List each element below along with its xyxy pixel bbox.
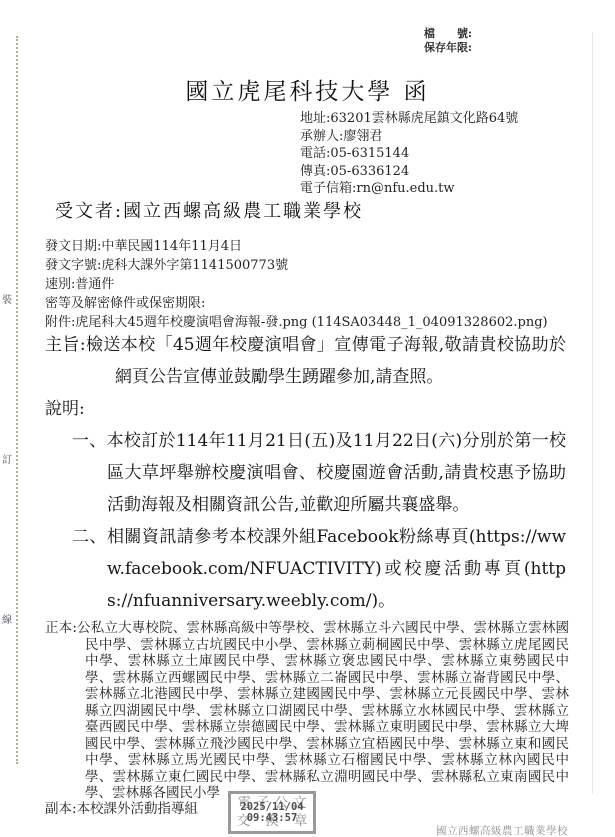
explanation-item-2: 二、相關資訊請參考本校課外組Facebook粉絲專頁(https://www.f… [72,521,566,617]
copy-label: 副本: [45,801,77,817]
issue-date-line: 發文日期:中華民國114年11月4日 [45,237,597,256]
document-body: 主旨:檢送本校「45週年校慶演唱會」宣傳電子海報,敬請貴校協助於網頁公告宣傳並鼓… [45,329,566,617]
sender-info-block: 地址:63201雲林縣虎尾鎮文化路64號 承辦人:廖翎君 電話:05-63151… [300,110,518,198]
issue-number-line: 發文字號:虎科大課外字第1141500773號 [45,256,597,275]
document-title: 國立虎尾科技大學 函 [0,73,615,106]
subject-paragraph: 主旨:檢送本校「45週年校慶演唱會」宣傳電子海報,敬請貴校協助於網頁公告宣傳並鼓… [45,329,566,393]
explanation-label: 說明: [45,393,566,425]
item-2-text: 相關資訊請參考本校課外組Facebook粉絲專頁(https://www.fac… [107,527,566,611]
subject-label: 主旨: [45,335,86,355]
electronic-exchange-stamp: 電子公文 交換章 2025/11/04 09:43:57 [228,791,316,834]
recipient-line: 受文者:國立西螺高級農工職業學校 [55,197,363,223]
document-meta-block: 發文日期:中華民國114年11月4日 發文字號:虎科大課外字第114150077… [45,237,597,332]
sender-contact-person: 承辦人:廖翎君 [300,128,518,146]
speed-class-line: 速別:普通件 [45,275,597,294]
item-2-number: 二、 [72,527,107,547]
original-copies-block: 正本:公私立大專校院、雲林縣高級中等學校、雲林縣立斗六國民中學、雲林縣立雲林國民… [45,620,569,802]
item-1-number: 一、 [72,431,107,451]
sender-phone: 電話:05-6315144 [300,145,518,163]
page-edge-line [592,32,593,794]
original-label: 正本: [45,620,77,636]
sender-address: 地址:63201雲林縣虎尾鎮文化路64號 [300,110,518,128]
binding-dotted-line [16,36,18,764]
sender-fax: 傳真:05-6336124 [300,163,518,181]
stamp-datetime: 2025/11/04 09:43:57 [231,794,313,831]
file-number-label: 檔 號: [424,27,472,41]
retention-period-label: 保存年限: [424,41,472,55]
file-number-block: 檔 號: 保存年限: [424,27,472,55]
stamp-time: 09:43:57 [247,813,298,824]
security-class-line: 密等及解密條件或保密期限: [45,294,597,313]
original-recipients-list: 公私立大專校院、雲林縣高級中等學校、雲林縣立斗六國民中學、雲林縣立雲林國民中學、… [77,620,569,801]
binding-marker-zhuang: 裝 [2,296,14,306]
subject-text: 檢送本校「45週年校慶演唱會」宣傳電子海報,敬請貴校協助於網頁公告宣傳並鼓勵學生… [86,335,566,387]
sender-email: 電子信箱:rn@nfu.edu.tw [300,180,518,198]
binding-marker-xian: 線 [2,616,14,626]
footer-receiver-note: 國立西螺高級農工職業學校 [436,823,568,837]
explanation-item-1: 一、本校訂於114年11月21日(五)及11月22日(六)分別於第一校區大草坪舉… [72,425,566,521]
copy-recipients: 本校課外活動指導組 [77,801,199,817]
binding-marker-ding: 訂 [2,456,14,466]
stamp-date: 2025/11/04 [240,802,303,813]
item-1-text: 本校訂於114年11月21日(五)及11月22日(六)分別於第一校區大草坪舉辦校… [107,431,566,515]
